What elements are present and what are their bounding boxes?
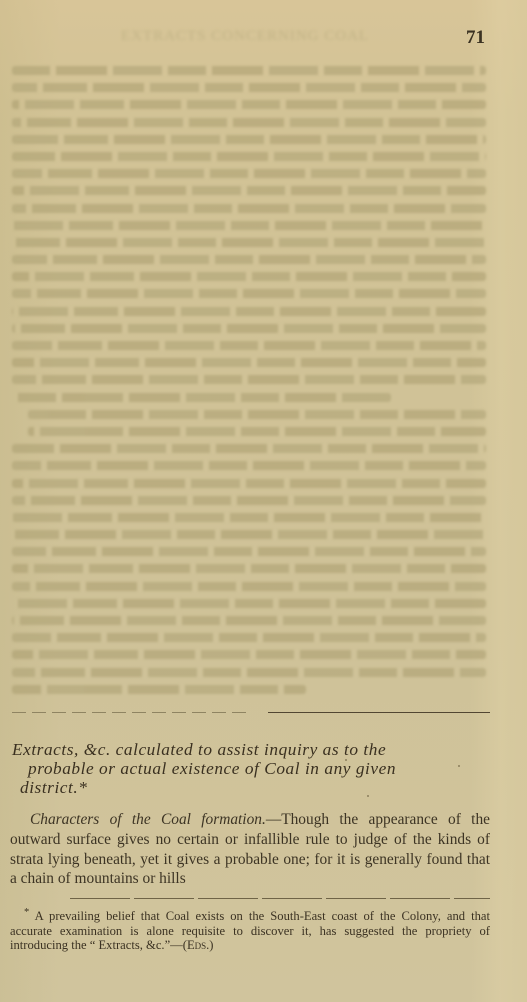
faded-line <box>12 118 486 127</box>
faded-line <box>12 444 486 453</box>
paper-speck <box>345 759 347 761</box>
divider-dashed-part <box>12 712 252 713</box>
faded-line <box>28 410 486 419</box>
faded-bleed-through-text <box>12 66 486 702</box>
faded-line <box>12 547 486 556</box>
article-heading: Extracts, &c. calculated to assist inqui… <box>12 740 492 797</box>
faded-line <box>12 633 486 642</box>
footnote-rule <box>70 898 490 899</box>
faded-line <box>12 393 391 402</box>
paper-speck <box>458 765 460 767</box>
faded-line <box>12 341 486 350</box>
faded-line <box>12 324 486 333</box>
faded-line <box>12 668 486 677</box>
running-header: EXTRACTS CONCERNING COAL <box>120 28 370 42</box>
faded-line <box>12 564 486 573</box>
page-number: 71 <box>466 27 485 49</box>
footnote-paragraph: * A prevailing belief that Coal exists o… <box>10 906 490 953</box>
footnote-attribution: Eds <box>187 938 206 952</box>
faded-line <box>12 255 486 264</box>
faded-line <box>12 289 486 298</box>
footnote-text: A prevailing belief that Coal exists on … <box>10 909 490 952</box>
faded-line <box>12 496 486 505</box>
faded-line <box>12 616 486 625</box>
faded-line <box>12 358 486 367</box>
faded-line <box>12 599 486 608</box>
faded-line <box>12 530 486 539</box>
faded-line <box>12 685 306 694</box>
faded-line <box>12 238 486 247</box>
faded-line <box>12 650 486 659</box>
heading-line-2: probable or actual existence of Coal in … <box>12 759 492 778</box>
faded-line <box>12 461 486 470</box>
heading-line-1: Extracts, &c. calculated to assist inqui… <box>12 740 492 759</box>
footnote-closing: .) <box>206 938 213 952</box>
faded-line <box>12 221 486 230</box>
faded-line <box>12 152 486 161</box>
footnote-marker: * <box>24 907 29 918</box>
faded-line <box>28 427 486 436</box>
faded-line <box>12 186 486 195</box>
heading-line-3: district.* <box>12 778 492 797</box>
divider-solid-part <box>268 712 490 713</box>
footnote: * A prevailing belief that Coal exists o… <box>10 906 490 953</box>
article-body: Characters of the Coal formation.—Though… <box>10 810 490 889</box>
faded-line <box>12 272 486 281</box>
faded-line <box>12 204 486 213</box>
faded-line <box>12 307 486 316</box>
faded-line <box>12 66 486 75</box>
faded-line <box>12 513 486 522</box>
faded-line <box>12 83 486 92</box>
faded-line <box>12 479 486 488</box>
faded-line <box>12 375 486 384</box>
faded-line <box>12 582 486 591</box>
lead-in-phrase: Characters of the Coal formation. <box>30 811 266 828</box>
faded-line <box>12 169 486 178</box>
faded-line <box>12 135 486 144</box>
body-paragraph: Characters of the Coal formation.—Though… <box>10 810 490 889</box>
section-divider <box>12 712 490 714</box>
faded-line <box>12 100 486 109</box>
document-page: EXTRACTS CONCERNING COAL 71 Extracts, &c… <box>0 0 527 1002</box>
paper-speck <box>367 795 369 797</box>
